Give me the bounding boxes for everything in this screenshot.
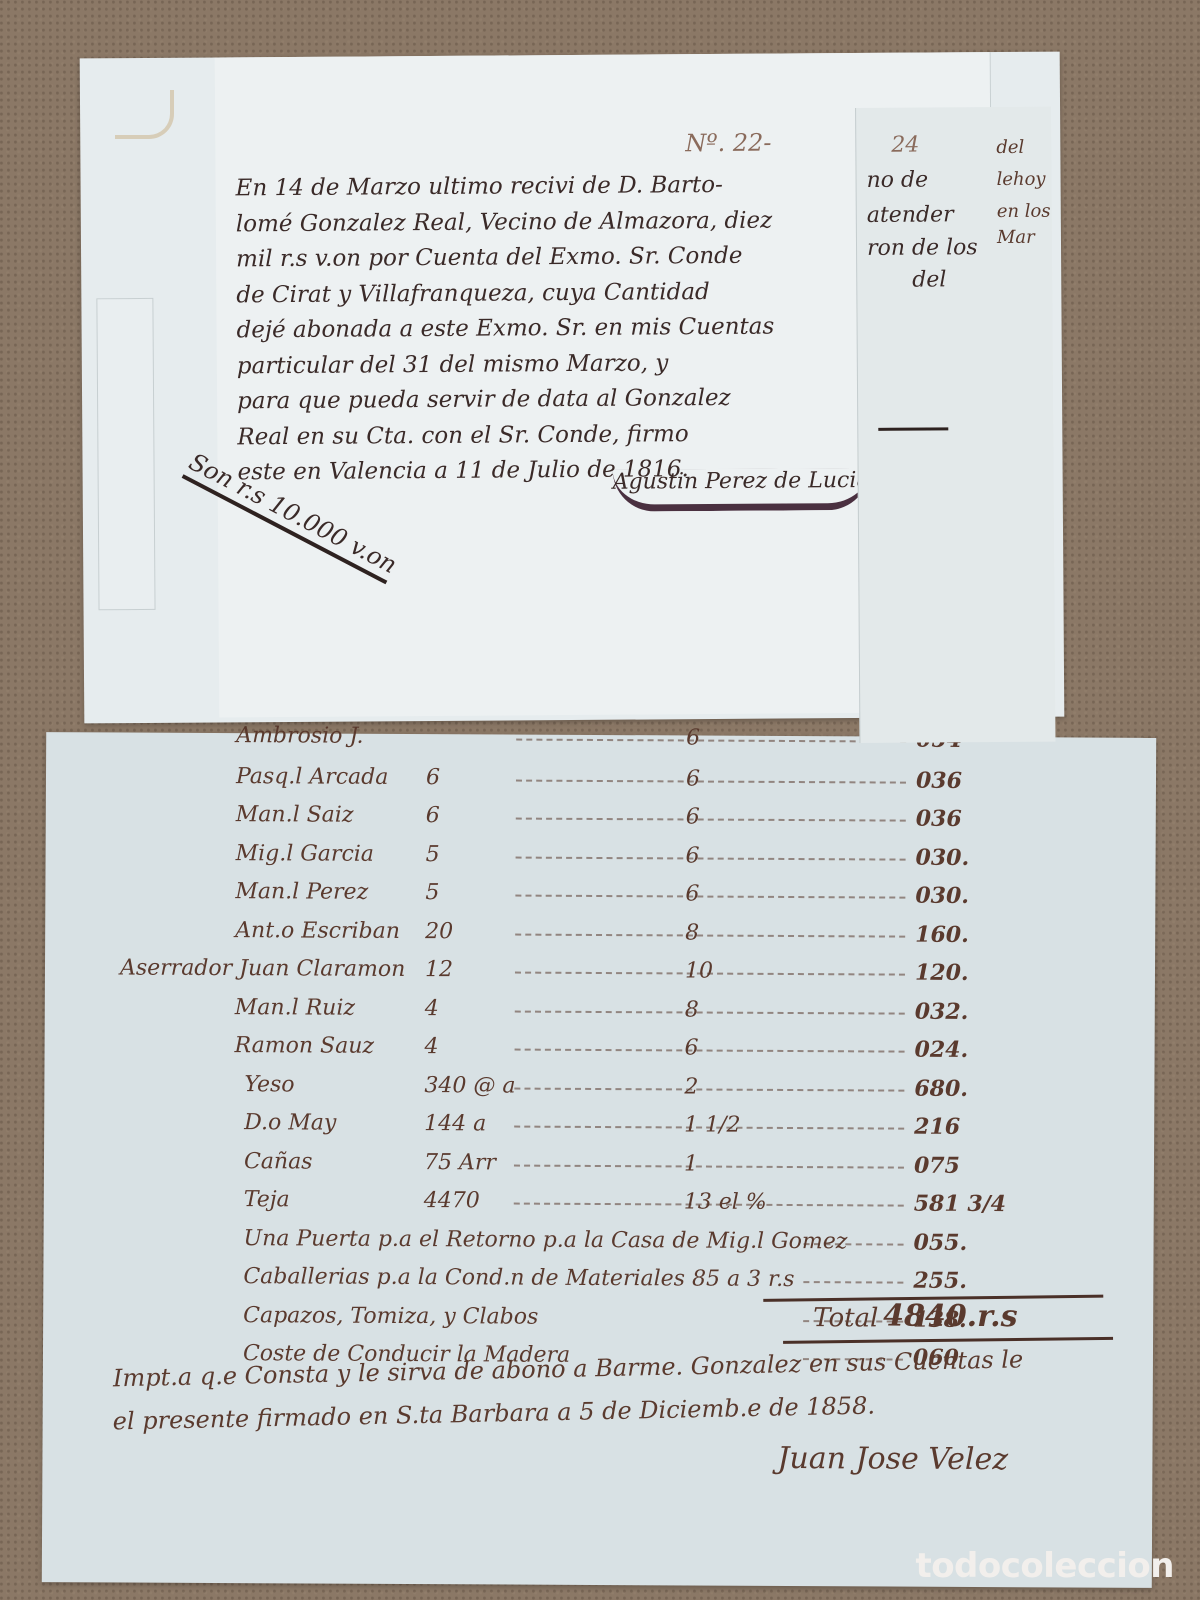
leader-dots [803,1267,903,1284]
row-quantity: 144 a [424,1111,486,1136]
row-label: Una Puerta p.a el Retorno p.a la Casa de… [244,1226,848,1254]
leader-dots [516,765,906,783]
leader-dots [804,1229,904,1246]
row-amount: 680. [914,1075,968,1101]
edge-line-3: en los [997,201,1051,222]
ledger-row: D.o May144 a1 1/2216 [44,1109,1154,1151]
ledger-row: Pasq.l Arcada66036 [46,763,1156,805]
total-label: Total [813,1303,878,1333]
row-quantity: 5 [425,880,439,905]
row-label: Ramon Sauz [235,1033,375,1059]
row-quantity: 12 [425,957,453,982]
total-value: 4840.r.s [883,1298,1018,1334]
row-amount: 030. [916,844,970,870]
receipt-line: para que pueda servir de data al Gonzale… [237,385,731,414]
row-label: Yeso [244,1072,294,1097]
row-label: Mig.l Garcia [236,841,374,867]
ledger-row: Aserrador Juan Claramon1210120. [45,955,1155,997]
row-quantity: 4 [425,1034,439,1059]
strip-number: 24 [891,133,919,158]
letter-signature: Agustin Perez de Lucia [613,468,870,512]
row-quantity: 340 @ a [424,1073,515,1098]
leader-dots [515,958,905,976]
row-amount: 036 [916,767,962,793]
leader-dots [515,996,905,1014]
watermark-logo: todocoleccion [915,1546,1174,1586]
strip-line-2: atender [867,202,954,228]
ledger-row: Man.l Ruiz48032. [45,994,1155,1036]
row-amount: 075 [914,1152,960,1178]
row-quantity: 75 Arr [424,1150,496,1175]
strip-rule [878,427,948,430]
leader-dots [516,725,906,743]
row-amount: 216 [914,1114,960,1140]
row-quantity: 6 [426,765,440,790]
row-amount: 255. [913,1268,967,1294]
leader-dots [514,1112,904,1130]
strip-line-4: del [912,267,946,292]
row-quantity: 20 [425,919,453,944]
receipt-line: Real en su Cta. con el Sr. Conde, firmo [237,421,689,450]
ledger-row: Una Puerta p.a el Retorno p.a la Casa de… [43,1225,1153,1267]
leader-dots [514,1189,904,1207]
row-amount: 036 [916,806,962,832]
row-amount: 120. [915,960,969,986]
ledger-row: Mig.l Garcia56030. [45,840,1155,882]
underlying-strip: 24 no de atender ron de los del del leho… [855,107,1055,743]
letter-sheet: Nº. 22- En 14 de Marzo ultimo recivi de … [80,52,1065,724]
row-label: Cañas [244,1149,313,1174]
row-amount: 024. [915,1037,969,1063]
row-quantity: 5 [426,842,440,867]
string-tie [115,90,174,139]
leader-dots [514,1073,904,1091]
leader-dots [514,1150,904,1168]
receipt-line: particular del 31 del mismo Marzo, y [237,350,669,379]
ledger-row: Teja447013 el %581 3/4 [44,1186,1154,1228]
row-label: D.o May [244,1110,336,1135]
row-label: Pasq.l Arcada [236,764,389,790]
edge-line-2: lehoy [996,169,1045,190]
ledger-row: Ramon Sauz46024. [44,1032,1154,1074]
strip-line-1: no de [866,168,928,193]
paper-fold-tab [96,298,155,610]
row-label: Aserrador Juan Claramon [120,955,405,981]
ledger-row: Ant.o Escriban208160. [45,917,1155,959]
leader-dots [516,842,906,860]
leader-dots [515,919,905,937]
row-label: Capazos, Tomiza, y Clabos [243,1303,538,1330]
receipt-line: lomé Gonzalez Real, Vecino de Almazora, … [236,207,773,237]
row-label: Ambrosio J. [236,723,363,749]
edge-line-1: del [996,137,1024,158]
row-quantity: 4470 [424,1188,480,1213]
row-amount: 055. [914,1229,968,1255]
ledger-row: Cañas75 Arr1075 [44,1148,1154,1190]
row-quantity: 4 [425,996,439,1021]
row-amount: 581 3/4 [914,1191,1006,1217]
edge-line-4: Mar [997,227,1035,248]
leader-dots [515,1035,905,1053]
row-amount: 160. [915,921,969,947]
row-amount: 030. [915,883,969,909]
ledger-row: Yeso340 @ a2680. [44,1071,1154,1113]
row-amount: 032. [915,998,969,1024]
leader-dots [515,881,905,899]
row-label: Man.l Perez [235,879,368,905]
ledger-row: Man.l Perez56030. [45,878,1155,920]
row-label: Man.l Saiz [236,802,354,828]
row-label: Caballerias p.a la Cond.n de Materiales … [243,1264,794,1292]
receipt-text: En 14 de Marzo ultimo recivi de D. Barto… [215,52,990,57]
strip-line-3: ron de los [867,235,978,261]
receipt-line: En 14 de Marzo ultimo recivi de D. Barto… [236,172,723,201]
receipt-line: de Cirat y Villafranqueza, cuya Cantidad [236,279,710,308]
row-label: Teja [244,1187,290,1212]
closing-line-2: el presente firmado en S.ta Barbara a 5 … [112,1391,875,1435]
receipt-line: dejé abonada a este Exmo. Sr. en mis Cue… [237,314,775,344]
leader-dots [516,804,906,822]
ledger-signature: Juan Jose Velez [777,1441,1008,1477]
row-quantity: 6 [426,803,440,828]
receipt-line: mil r.s v.on por Cuenta del Exmo. Sr. Co… [236,243,742,273]
document-number: Nº. 22- [685,129,771,158]
ledger-row: Man.l Saiz66036 [46,801,1156,843]
row-label: Man.l Ruiz [235,995,355,1021]
row-label: Ant.o Escriban [235,918,400,944]
ledger-sheet: Ambrosio J.6054Pasq.l Arcada66036Man.l S… [42,732,1156,1588]
